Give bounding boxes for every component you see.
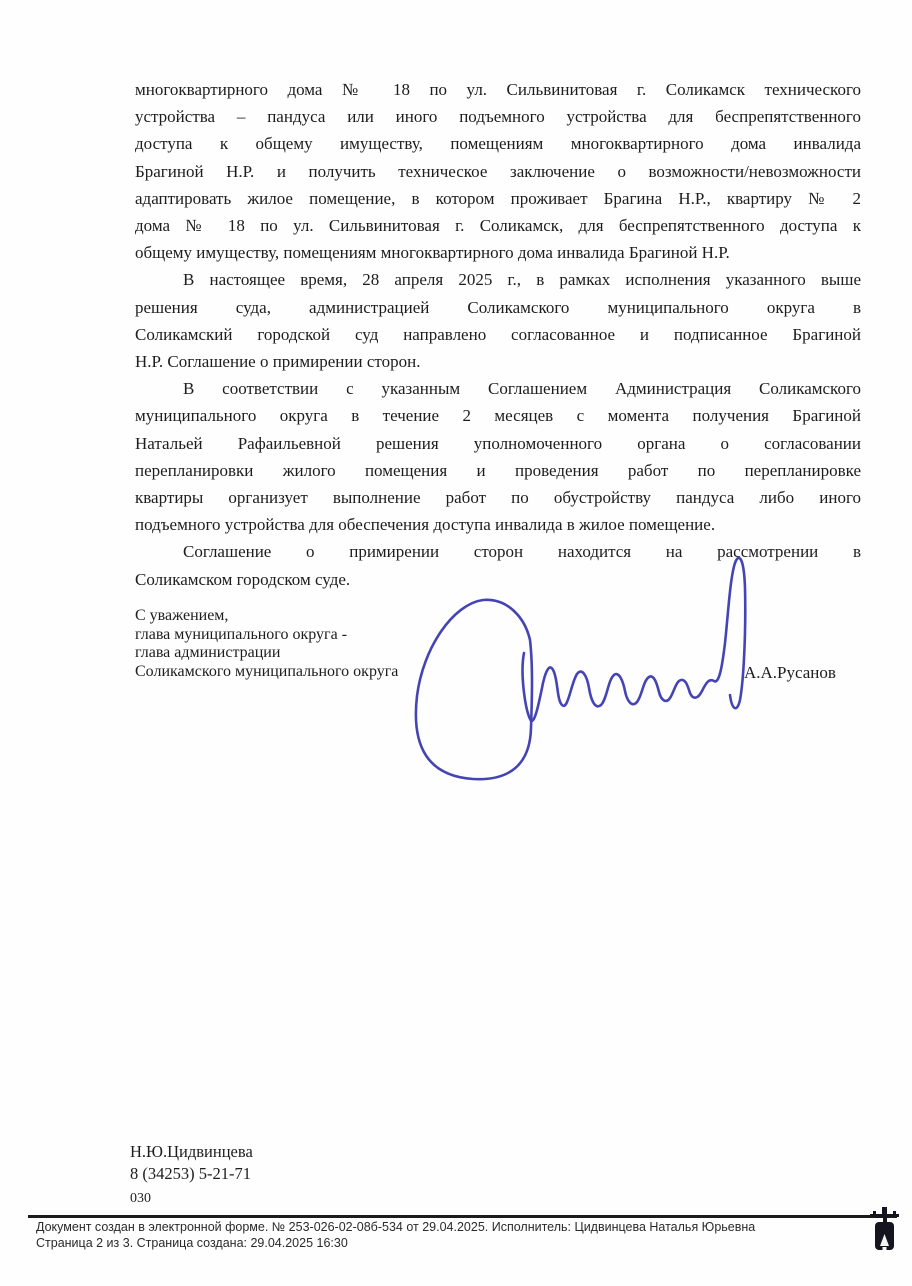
handwritten-signature-ink [403, 548, 753, 788]
body-line: общему имуществу, помещениям многокварти… [135, 239, 861, 266]
signoff-line: глава администрации [135, 644, 398, 663]
signoff-line: Соликамского муниципального округа [135, 663, 398, 682]
signer-name: А.А.Русанов [744, 663, 836, 683]
executor-contact-block: Н.Ю.Цидвинцева 8 (34253) 5-21-71 [130, 1141, 253, 1184]
body-line: муниципального округа в течение 2 месяце… [135, 402, 861, 429]
body-line: Соликамский городской суд направлено сог… [135, 321, 861, 348]
signoff-line: глава муниципального округа - [135, 626, 398, 645]
executor-phone: 8 (34253) 5-21-71 [130, 1163, 253, 1185]
stamp-icon [864, 1206, 904, 1258]
body-line: многоквартирного дома № 18 по ул. Сильви… [135, 76, 861, 103]
footer-divider [28, 1215, 897, 1218]
body-line: Брагиной Н.Р. и получить техническое зак… [135, 158, 861, 185]
body-line: В настоящее время, 28 апреля 2025 г., в … [135, 266, 861, 293]
signoff-line: С уважением, [135, 607, 398, 626]
body-line: дома № 18 по ул. Сильвинитовая г. Солика… [135, 212, 861, 239]
body-line: квартиры организует выполнение работ по … [135, 484, 861, 511]
document-code: 030 [130, 1191, 151, 1207]
body-line: доступа к общему имуществу, помещениям м… [135, 130, 861, 157]
body-line: перепланировки жилого помещения и провед… [135, 457, 861, 484]
body-line: решения суда, администрацией Соликамског… [135, 294, 861, 321]
document-page: многоквартирного дома № 18 по ул. Сильви… [0, 0, 912, 1286]
body-line: Н.Р. Соглашение о примирении сторон. [135, 348, 861, 375]
footer-line-1: Документ создан в электронной форме. № 2… [36, 1220, 755, 1236]
body-line: устройства – пандуса или иного подъемног… [135, 103, 861, 130]
body-line: адаптировать жилое помещение, в котором … [135, 185, 861, 212]
footer-info: Документ создан в электронной форме. № 2… [36, 1220, 755, 1251]
footer-line-2: Страница 2 из 3. Страница создана: 29.04… [36, 1236, 755, 1252]
body-line: В соответствии с указанным Соглашением А… [135, 375, 861, 402]
executor-name: Н.Ю.Цидвинцева [130, 1141, 253, 1163]
body-line: Натальей Рафаильевной решения уполномоче… [135, 430, 861, 457]
signoff-block: С уважением,глава муниципального округа … [135, 607, 398, 681]
letter-body: многоквартирного дома № 18 по ул. Сильви… [135, 76, 861, 593]
body-line: подъемного устройства для обеспечения до… [135, 511, 861, 538]
